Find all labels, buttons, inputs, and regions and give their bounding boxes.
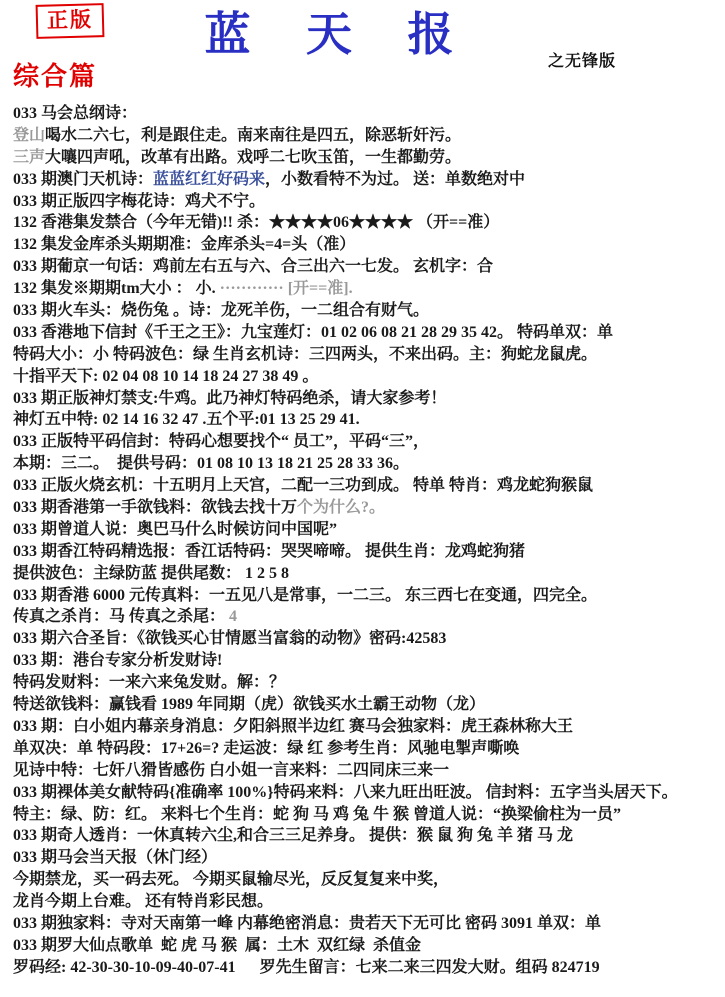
- report-line: 特主：绿、防：红。 来料七个生肖：蛇 狗 马 鸡 兔 牛 猴 曾道人说：“换梁偷…: [13, 804, 717, 826]
- text-segment: 033 正版火烧玄机：十五明月上天宫，二配一三功到成。 特单 特肖：鸡龙蛇狗猴鼠: [13, 477, 593, 494]
- text-segment: 十指平天下: 02 04 08 10 14 18 24 27 38 49 。: [13, 368, 318, 385]
- report-line: 特码大小：小 特码波色：绿 生肖玄机诗：三四两头，不来出码。主：狗蛇龙鼠虎。: [13, 344, 717, 366]
- report-line: 033 期奇人透肖：一休真转六尘,和合三三足养身。 提供：猴 鼠 狗 兔 羊 猪…: [13, 825, 717, 847]
- report-line: 033 期曾道人说：奥巴马什么时候访问中国呢”: [13, 519, 717, 541]
- text-segment: 033 期罗大仙点歌单 蛇 虎 马 猴 属：土木 双红绿 杀值金: [13, 937, 421, 954]
- report-line: 033 期香港 6000 元传真料：一五见八是常事，一二三。 东三西七在变通，四…: [13, 585, 717, 607]
- text-segment: 033 正版特平码信封：特码心想要找个“ 员工”，平码“三”，: [13, 433, 429, 450]
- edition-label: 之无锋版: [548, 48, 616, 71]
- text-segment: 033 期曾道人说：奥巴马什么时候访问中国呢”: [13, 521, 337, 538]
- report-line: 033 期香港第一手欲钱料：欲钱去找十万个为什么?。: [13, 497, 717, 519]
- report-line: 033 期：白小姐内幕亲身消息：夕阳斜照半边红 赛马会独家料：虎王森林称大王: [13, 716, 717, 738]
- text-segment: 见诗中特：七奸八猾皆感伤 白小姐一言来料：二四同床三来一: [13, 762, 449, 779]
- report-line: 特送欲钱料：赢钱看 1989 年同期（虎）欲钱买水土霸王动物（龙）: [13, 694, 717, 716]
- report-line: 033 期六合圣旨：《欲钱买心甘情愿当富翁的动物》密码:42583: [13, 628, 717, 650]
- text-segment: ············ [开==准].: [220, 280, 353, 297]
- text-segment: 特送欲钱料：赢钱看 1989 年同期（虎）欲钱买水土霸王动物（龙）: [13, 696, 485, 713]
- text-segment: 033 期正版四字梅花诗：鸡犬不宁。: [13, 193, 265, 210]
- text-segment: 033 期香江特码精选报：香江话特码：哭哭啼啼。 提供生肖：龙鸡蛇狗猪: [13, 543, 525, 560]
- report-line: 033 正版特平码信封：特码心想要找个“ 员工”，平码“三”，: [13, 431, 717, 453]
- text-segment: 龙肖今期上台难。 还有特肖彩民想。: [13, 893, 273, 910]
- text-segment: ，小数看特不为过。 送：单数绝对中: [265, 171, 525, 188]
- text-segment: 特主：绿、防：红。 来料七个生肖：蛇 狗 马 鸡 兔 牛 猴 曾道人说：“换梁偷…: [13, 806, 621, 823]
- text-segment: 033 期火车头：烧伤兔 。诗：龙死羊伤，一二组合有财气。: [13, 302, 429, 319]
- text-segment: 033 期独家料：寺对天南第一峰 内幕绝密消息：贵若天下无可比 密码 3091 …: [13, 915, 601, 932]
- text-segment: 大嚷四声吼，改革有出路。戏呼二七吹玉笛，一生都勤劳。: [45, 149, 461, 166]
- text-segment: 132 集发金库杀头期期准：金库杀头=4=头（准）: [13, 236, 355, 253]
- report-line: 033 期正版四字梅花诗：鸡犬不宁。: [13, 191, 717, 213]
- report-line: 033 期葡京一句话：鸡前左右五与六、合三出六一七发。 玄机字：合: [13, 256, 717, 278]
- text-segment: 033 期马会当天报（休门经）: [13, 849, 217, 866]
- report-line: 033 期火车头：烧伤兔 。诗：龙死羊伤，一二组合有财气。: [13, 300, 717, 322]
- report-line: 今期禁龙，买一码去死。 今期买鼠输尽光，反反复复来中奖，: [13, 869, 717, 891]
- report-line: 132 集发金库杀头期期准：金库杀头=4=头（准）: [13, 234, 717, 256]
- text-segment: 033 期：港台专家分析发财诗!: [13, 652, 222, 669]
- text-segment: 033 期裸体美女献特码{准确率 100%}特码来料：八来九旺出旺波。 信封料：…: [13, 784, 678, 801]
- report-line: 本期：三二。 提供号码：01 08 10 13 18 21 25 28 33 3…: [13, 453, 717, 475]
- report-line: 龙肖今期上台难。 还有特肖彩民想。: [13, 891, 717, 913]
- text-segment: 罗码经: 42-30-30-10-09-40-07-41 罗先生留言：七来二来三…: [13, 959, 600, 976]
- text-segment: 神灯五中特: 02 14 16 32 47 .五个平:01 13 25 29 4…: [13, 411, 360, 428]
- report-line: 提供波色：主绿防蓝 提供尾数： 1 2 5 8: [13, 563, 717, 585]
- report-line: 033 期正版神灯禁支:牛鸡。此乃神灯特码绝杀，请大家参考！: [13, 388, 717, 410]
- report-line: 033 期罗大仙点歌单 蛇 虎 马 猴 属：土木 双红绿 杀值金: [13, 935, 717, 957]
- text-segment: 本期：三二。 提供号码：01 08 10 13 18 21 25 28 33 3…: [13, 455, 409, 472]
- page-root: { "page": { "stamp": "正版", "title": "蓝 天…: [0, 0, 725, 997]
- text-segment: 033 香港地下信封《千王之王》：九宝莲灯：01 02 06 08 21 28 …: [13, 324, 613, 341]
- report-line: 见诗中特：七奸八猾皆感伤 白小姐一言来料：二四同床三来一: [13, 760, 717, 782]
- report-line: 登山喝水二六七，利是跟住走。南来南往是四五，除恶斩奸污。: [13, 125, 717, 147]
- report-line: 传真之杀肖：马 传真之杀尾： 4: [13, 606, 717, 628]
- report-line: 033 期裸体美女献特码{准确率 100%}特码来料：八来九旺出旺波。 信封料：…: [13, 782, 717, 804]
- report-line: 033 期独家料：寺对天南第一峰 内幕绝密消息：贵若天下无可比 密码 3091 …: [13, 913, 717, 935]
- text-segment: 传真之杀肖：马 传真之杀尾：: [13, 608, 229, 625]
- text-segment: 登山: [13, 127, 45, 144]
- text-segment: 特码发财料：一来六来兔发财。解：？: [13, 674, 285, 691]
- report-line: 神灯五中特: 02 14 16 32 47 .五个平:01 13 25 29 4…: [13, 409, 717, 431]
- text-segment: 个为什么?。: [297, 499, 385, 516]
- report-line: 十指平天下: 02 04 08 10 14 18 24 27 38 49 。: [13, 366, 717, 388]
- page-title: 蓝 天 报: [110, 0, 570, 64]
- text-segment: 033 期香港第一手欲钱料：欲钱去找十万: [13, 499, 297, 516]
- text-segment: 三声: [13, 149, 45, 166]
- text-segment: 132 集发※期期tm大小 ： 小.: [13, 280, 220, 297]
- text-segment: 提供波色：主绿防蓝 提供尾数： 1 2 5 8: [13, 565, 289, 582]
- report-body: 033 马会总纲诗：登山喝水二六七，利是跟住走。南来南往是四五，除恶斩奸污。三声…: [13, 103, 717, 979]
- report-line: 033 期：港台专家分析发财诗!: [13, 650, 717, 672]
- report-line: 单双决：单 特码段：17+26=? 走运波：绿 红 参考生肖：风驰电掣声嘶唤: [13, 738, 717, 760]
- report-line: 罗码经: 42-30-30-10-09-40-07-41 罗先生留言：七来二来三…: [13, 957, 717, 979]
- report-line: 033 香港地下信封《千王之王》：九宝莲灯：01 02 06 08 21 28 …: [13, 322, 717, 344]
- text-segment: 033 期香港 6000 元传真料：一五见八是常事，一二三。 东三西七在变通，四…: [13, 587, 597, 604]
- text-segment: 033 马会总纲诗：: [13, 105, 137, 122]
- report-line: 033 期香江特码精选报：香江话特码：哭哭啼啼。 提供生肖：龙鸡蛇狗猪: [13, 541, 717, 563]
- report-line: 132 集发※期期tm大小 ： 小. ············ [开==准].: [13, 278, 717, 300]
- text-segment: 特码大小：小 特码波色：绿 生肖玄机诗：三四两头，不来出码。主：狗蛇龙鼠虎。: [13, 346, 597, 363]
- section-title: 综合篇: [13, 56, 97, 93]
- text-segment: 033 期澳门天机诗：: [13, 171, 153, 188]
- report-line: 033 期马会当天报（休门经）: [13, 847, 717, 869]
- text-segment: 单双决：单 特码段：17+26=? 走运波：绿 红 参考生肖：风驰电掣声嘶唤: [13, 740, 519, 757]
- text-segment: 033 期葡京一句话：鸡前左右五与六、合三出六一七发。 玄机字：合: [13, 258, 493, 275]
- text-segment: 132 香港集发禁合（今年无错)!! 杀：★★★★06★★★★ （开==准）: [13, 214, 499, 231]
- report-line: 特码发财料：一来六来兔发财。解：？: [13, 672, 717, 694]
- report-line: 033 马会总纲诗：: [13, 103, 717, 125]
- text-segment: 蓝蓝红红好码来: [153, 171, 265, 188]
- report-line: 033 正版火烧玄机：十五明月上天宫，二配一三功到成。 特单 特肖：鸡龙蛇狗猴鼠: [13, 475, 717, 497]
- text-segment: 033 期正版神灯禁支:牛鸡。此乃神灯特码绝杀，请大家参考！: [13, 390, 446, 407]
- text-segment: 4: [229, 608, 237, 625]
- text-segment: 喝水二六七，利是跟住走。南来南往是四五，除恶斩奸污。: [45, 127, 461, 144]
- report-line: 132 香港集发禁合（今年无错)!! 杀：★★★★06★★★★ （开==准）: [13, 212, 717, 234]
- text-segment: 033 期：白小姐内幕亲身消息：夕阳斜照半边红 赛马会独家料：虎王森林称大王: [13, 718, 573, 735]
- text-segment: 033 期奇人透肖：一休真转六尘,和合三三足养身。 提供：猴 鼠 狗 兔 羊 猪…: [13, 827, 573, 844]
- stamp-badge: 正版: [36, 3, 105, 39]
- report-line: 033 期澳门天机诗：蓝蓝红红好码来，小数看特不为过。 送：单数绝对中: [13, 169, 717, 191]
- report-line: 三声大嚷四声吼，改革有出路。戏呼二七吹玉笛，一生都勤劳。: [13, 147, 717, 169]
- text-segment: 今期禁龙，买一码去死。 今期买鼠输尽光，反反复复来中奖，: [13, 871, 449, 888]
- text-segment: 033 期六合圣旨：《欲钱买心甘情愿当富翁的动物》密码:42583: [13, 630, 446, 647]
